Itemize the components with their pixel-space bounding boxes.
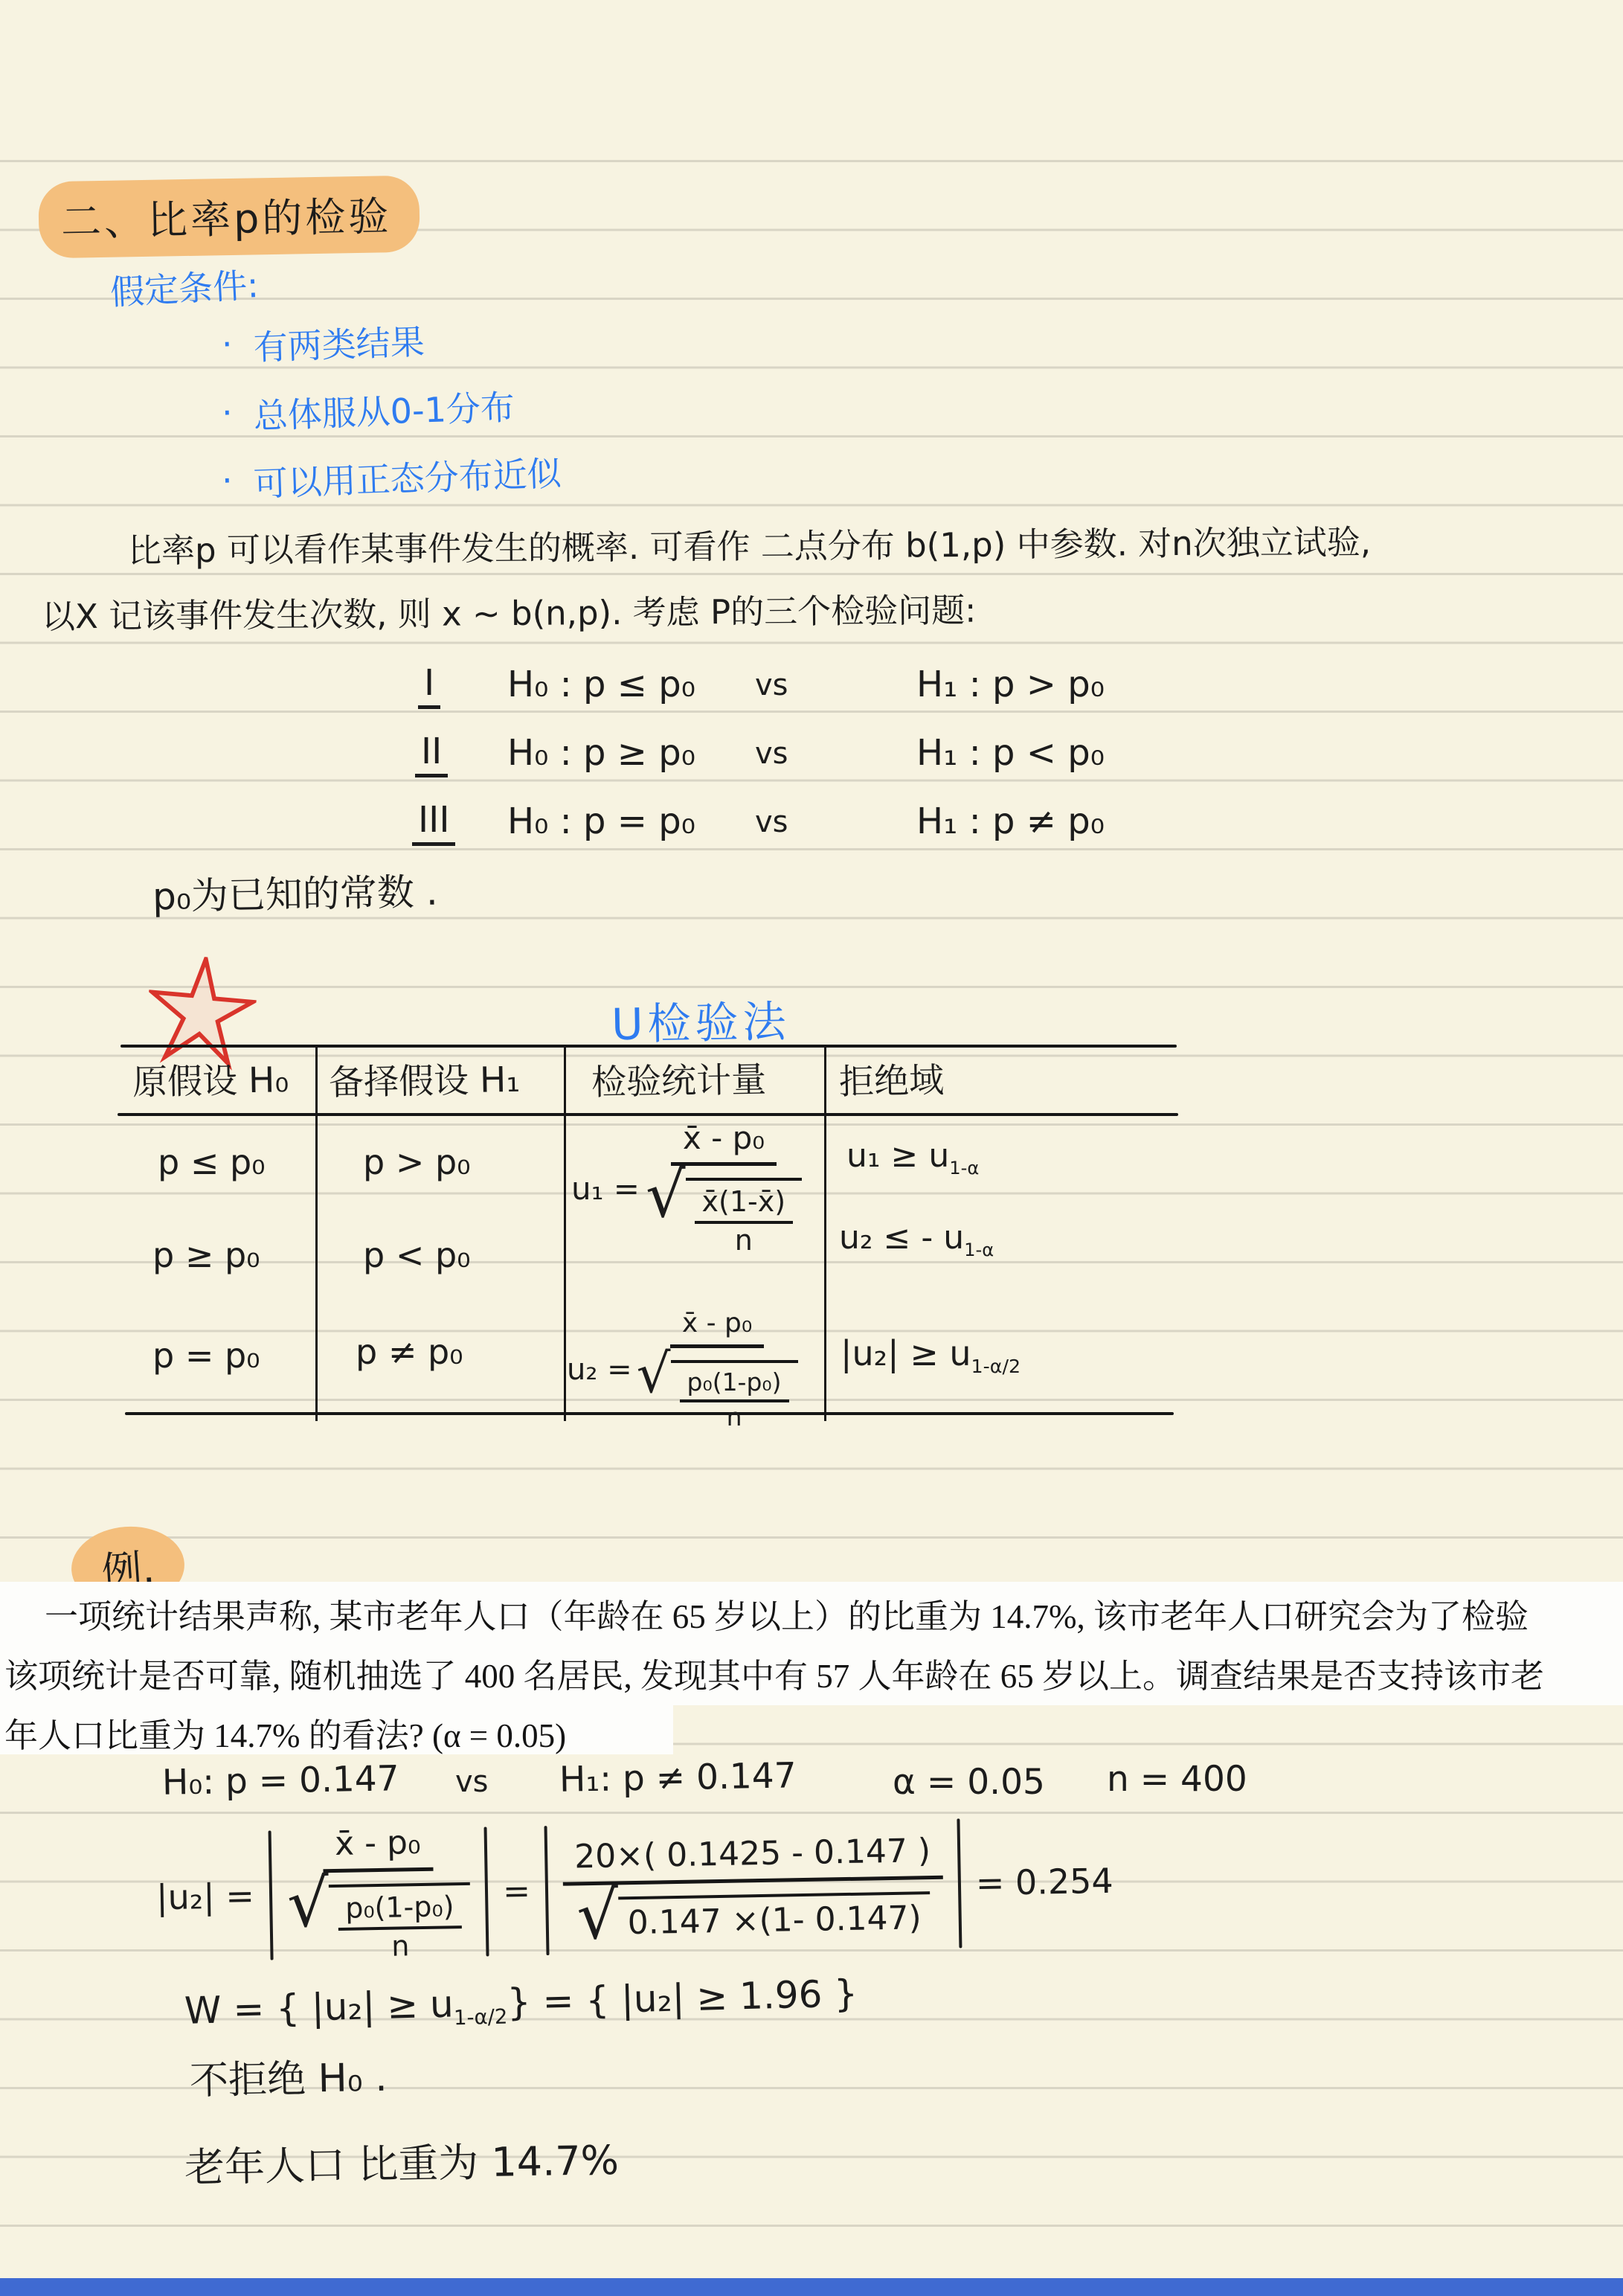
u2-denominator: √ p₀(1-p₀) n xyxy=(637,1348,798,1431)
abs-bar xyxy=(268,1831,273,1960)
section-title: 二、比率p的检验 xyxy=(61,193,392,246)
table-column-divider xyxy=(824,1045,826,1421)
u1-fraction: x̄ - p₀ √ x̄(1-x̄) n xyxy=(646,1120,802,1257)
conclusion-line-1: 不拒绝 H₀ . xyxy=(189,2046,388,2106)
bullet-icon: · xyxy=(221,324,234,364)
alt-hypothesis: H₁ : p ≠ p₀ xyxy=(916,801,1105,842)
null-hypothesis: H₀ : p ≥ p₀ xyxy=(507,732,695,774)
solution-h1: H₁: p ≠ 0.147 xyxy=(559,1755,797,1800)
sqrt-icon: √ xyxy=(637,1353,671,1396)
sample-size: n = 400 xyxy=(1107,1759,1247,1800)
calc-symbolic-fraction: x̄ - p₀ √ p₀(1-p₀) n xyxy=(286,1823,472,1964)
calc-frac1-inner: p₀(1-p₀) n xyxy=(338,1890,463,1963)
u2-numerator: x̄ - p₀ xyxy=(670,1308,764,1348)
cell-h0-lower: p ≥ p₀ xyxy=(152,1235,260,1275)
calc-frac1-inner-den: n xyxy=(391,1929,410,1962)
abs-bar xyxy=(484,1827,489,1956)
rejection-region-two-sided: |u₂| ≥ u1-α/2 xyxy=(841,1333,1021,1377)
rejection-sub: 1-α xyxy=(949,1158,979,1179)
table-header-statistic: 检验统计量 xyxy=(591,1052,766,1105)
assumption-item: ·总体服从0-1分布 xyxy=(221,380,515,440)
rejection-main: |u₂| ≥ u xyxy=(841,1333,971,1373)
assumption-item: ·有两类结果 xyxy=(221,315,425,371)
calc-equals: = xyxy=(503,1872,531,1911)
table-header-rejection: 拒绝域 xyxy=(838,1053,944,1104)
vs-label: vs xyxy=(755,737,788,771)
bottom-toolbar-strip xyxy=(0,2278,1623,2296)
bullet-icon: · xyxy=(221,460,234,500)
u1-inner-fraction: x̄(1-x̄) n xyxy=(695,1185,794,1257)
calc-frac2-radicand: 0.147 ×(1- 0.147) xyxy=(618,1891,931,1942)
u2-inner-num: p₀(1-p₀) xyxy=(680,1367,789,1402)
w-pre: W = { |u₂| ≥ u xyxy=(184,1982,454,2032)
table-header-h0: 原假设 H₀ xyxy=(132,1052,289,1105)
conclusion-line-2: 老年人口 比重为 14.7% xyxy=(184,2129,619,2193)
null-hypothesis: H₀ : p ≤ p₀ xyxy=(507,664,695,705)
assumptions-heading: 假定条件: xyxy=(109,258,260,315)
table-header-divider xyxy=(118,1113,1178,1116)
section-title-highlight: 二、比率p的检验 xyxy=(38,176,420,259)
u2-radicand: p₀(1-p₀) n xyxy=(671,1360,798,1431)
rejection-main: u₁ ≥ u xyxy=(846,1137,949,1175)
u2-inner-den: n xyxy=(727,1402,742,1431)
u1-denominator: √ x̄(1-x̄) n xyxy=(646,1166,802,1257)
u1-radicand: x̄(1-x̄) n xyxy=(686,1178,803,1257)
cell-h0-two-sided: p = p₀ xyxy=(152,1335,260,1376)
problem-line-1: 一项统计结果声称, 某市老年人口（年龄在 65 岁以上）的比重为 14.7%, … xyxy=(45,1589,1529,1638)
rejection-sub: 1-α/2 xyxy=(971,1356,1021,1377)
u1-numerator: x̄ - p₀ xyxy=(671,1120,777,1166)
table-header-h1: 备择假设 H₁ xyxy=(328,1052,520,1105)
utest-title: U检验法 xyxy=(611,987,791,1052)
problem-line-2: 该项统计是否可靠, 随机抽选了 400 名居民, 发现其中有 57 人年龄在 6… xyxy=(4,1649,1544,1697)
calc-frac1-den: √ p₀(1-p₀) n xyxy=(286,1870,471,1964)
notebook-page: 二、比率p的检验 假定条件: ·有两类结果 ·总体服从0-1分布 ·可以用正态分… xyxy=(0,0,1623,2296)
calc-frac2-den: √ 0.147 ×(1- 0.147) xyxy=(576,1879,931,1943)
u2-statistic-formula: u₂ = x̄ - p₀ √ p₀(1-p₀) n xyxy=(567,1308,798,1431)
assumption-text: 可以用正态分布近似 xyxy=(253,453,562,504)
u1-statistic-formula: u₁ = x̄ - p₀ √ x̄(1-x̄) n xyxy=(571,1120,802,1257)
u1-lhs: u₁ = xyxy=(571,1170,640,1207)
test-statistic-calculation: |u₂| = x̄ - p₀ √ p₀(1-p₀) n = 20×( 0.142… xyxy=(155,1812,1114,1966)
abs-bar xyxy=(957,1818,962,1948)
assumption-text: 有两类结果 xyxy=(253,321,425,368)
calc-numeric-fraction: 20×( 0.1425 - 0.147 ) √ 0.147 ×(1- 0.147… xyxy=(562,1831,944,1943)
calc-frac1-num: x̄ - p₀ xyxy=(323,1824,434,1873)
calc-frac2-num: 20×( 0.1425 - 0.147 ) xyxy=(562,1831,943,1885)
sqrt-icon: √ xyxy=(576,1889,619,1942)
calc-frac1-radicand: p₀(1-p₀) n xyxy=(329,1882,472,1963)
vs-label: vs xyxy=(455,1765,489,1799)
alpha-value: α = 0.05 xyxy=(893,1762,1045,1803)
vs-label: vs xyxy=(755,668,788,702)
rejection-sub: 1-α xyxy=(964,1240,994,1260)
cell-h1-upper: p > p₀ xyxy=(363,1142,471,1182)
rejection-region-upper: u₁ ≥ u1-α xyxy=(846,1137,979,1179)
u2-fraction: x̄ - p₀ √ p₀(1-p₀) n xyxy=(637,1308,798,1431)
intro-line-1: 比率p 可以看作某事件发生的概率. 可看作 二点分布 b(1,p) 中参数. 对… xyxy=(128,515,1371,572)
cell-h1-two-sided: p ≠ p₀ xyxy=(356,1332,463,1372)
table-top-border xyxy=(120,1045,1177,1048)
table-column-divider xyxy=(315,1045,318,1421)
problem-line-3: 年人口比重为 14.7% 的看法? (α = 0.05) xyxy=(4,1708,566,1757)
u1-inner-num: x̄(1-x̄) xyxy=(695,1185,794,1224)
rejection-main: u₂ ≤ - u xyxy=(839,1219,964,1257)
rejection-region-lower: u₂ ≤ - u1-α xyxy=(839,1219,994,1260)
solution-h0: H₀: p = 0.147 xyxy=(162,1758,400,1803)
table-column-divider xyxy=(564,1045,566,1421)
cell-h0-upper: p ≤ p₀ xyxy=(158,1142,266,1182)
calc-result: = 0.254 xyxy=(975,1861,1113,1903)
cell-h1-lower: p < p₀ xyxy=(363,1235,471,1275)
alt-hypothesis: H₁ : p < p₀ xyxy=(916,732,1105,774)
w-post: } = { |u₂| ≥ 1.96 } xyxy=(507,1972,858,2024)
calc-lhs: |u₂| = xyxy=(156,1876,255,1917)
w-sub: 1-α/2 xyxy=(454,2004,508,2030)
roman-numeral: II xyxy=(415,731,448,777)
roman-numeral: III xyxy=(412,799,455,846)
u2-lhs: u₂ = xyxy=(567,1353,632,1387)
assumption-text: 总体服从0-1分布 xyxy=(253,387,515,436)
u2-inner-fraction: p₀(1-p₀) n xyxy=(680,1367,789,1431)
abs-bar xyxy=(544,1826,549,1955)
roman-numeral: I xyxy=(418,662,440,709)
calc-frac1-inner-num: p₀(1-p₀) xyxy=(338,1890,462,1931)
sqrt-icon: √ xyxy=(286,1877,329,1930)
p0-note: p₀为已知的常数 . xyxy=(152,862,438,921)
intro-line-2: 以X 记该事件发生次数, 则 x ~ b(n,p). 考虑 P的三个检验问题: xyxy=(42,583,977,638)
u1-inner-den: n xyxy=(735,1224,753,1257)
sqrt-icon: √ xyxy=(646,1170,686,1220)
bullet-icon: · xyxy=(221,392,234,432)
alt-hypothesis: H₁ : p > p₀ xyxy=(916,664,1105,705)
vs-label: vs xyxy=(755,805,788,839)
null-hypothesis: H₀ : p = p₀ xyxy=(507,801,695,842)
